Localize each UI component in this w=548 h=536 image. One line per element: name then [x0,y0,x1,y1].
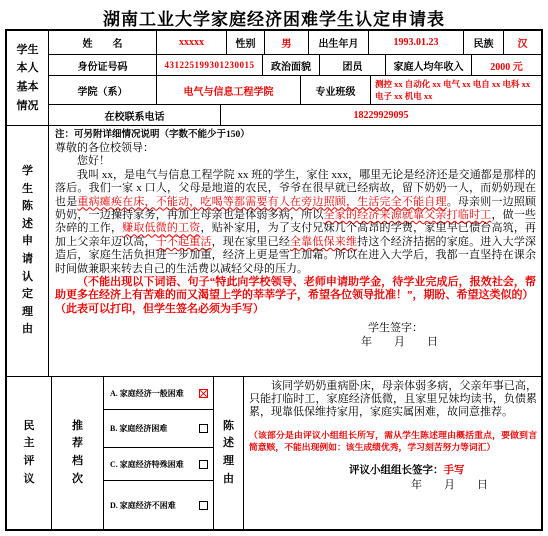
name-value: xxxxx [157,31,227,54]
leader-signature-date-line: 年 月 日 [249,478,537,493]
application-form-page: 湖南工业大学家庭经济困难学生认定申请表 学生本人基本情况 姓 名 xxxxx 性… [0,0,548,536]
option-b-difficulty: B. 家庭经济困难 [104,410,213,448]
income-label: 家庭人均年收入 [386,55,472,75]
statement-greeting: 您好！ [55,155,536,168]
birth-label: 出生年月 [309,31,369,54]
ethnicity-label: 民族 [464,31,504,54]
form-table: 学生本人基本情况 姓 名 xxxxx 性别 男 出生年月 1993.01.23 … [5,29,543,531]
statement-warning-1: （不能出现以下词语、句子“特此向学校领导、老师申请助学金，待学业完成后，报效社会… [55,276,536,303]
major-class-label: 专业班级 [301,76,371,104]
statement-section: 学生陈述申请认定理由 注：可另附详细情况说明（字数不能少于150） 尊敬的各位校… [7,126,541,377]
id-number-label: 身份证号码 [49,55,157,75]
basic-info-grid: 姓 名 xxxxx 性别 男 出生年月 1993.01.23 民族 汉 身份证号… [49,31,541,125]
option-c-special-difficulty: C. 家庭经济特殊困难 [104,448,213,481]
grade-options-list: A. 家庭经济一般困难 B. 家庭经济困难 C. 家庭经济特殊困难 D. 家庭经… [104,377,214,529]
statement-warning-2: （此表可以打印，但学生签名必须为手写） [55,303,536,316]
table-row: 在校联系电话 18229929095 [49,105,541,125]
income-value: 2000 元 [472,55,541,75]
ethnicity-value: 汉 [504,31,541,54]
statement-section-label-cell: 学生陈述申请认定理由 [7,126,49,376]
leader-signature-line: 评议小组组长签字：手写 [249,464,537,478]
basic-info-section-label-cell: 学生本人基本情况 [7,31,49,125]
grade-level-label: 推荐档次 [71,418,85,488]
gender-label: 性别 [227,31,265,54]
checkbox-option-c[interactable] [199,460,208,469]
checkbox-option-b[interactable] [199,424,208,433]
statement-body: 注：可另附详细情况说明（字数不能少于150） 尊敬的各位校领导： 您好！ 我叫 … [49,126,541,376]
review-section-label: 民主评议 [22,418,36,488]
option-a-general-difficulty: A. 家庭经济一般困难 [104,377,213,410]
political-status-value: 团员 [320,55,386,75]
reason-label-cell: 陈述理由 [214,377,244,529]
birth-value: 1993.01.23 [369,31,464,54]
table-row: 身份证号码 431225199301230015 政治面貌 团员 家庭人均年收入… [49,55,541,76]
checkbox-option-d[interactable] [199,501,208,510]
review-body: 该同学奶奶重病卧床，母亲体弱多病，父亲年事已高，只能打临时工，家庭经济低微，且家… [244,377,541,529]
college-value: 电气与信息工程学院 [157,76,301,104]
leader-signature-label: 评议小组组长签字： [349,465,444,476]
form-title: 湖南工业大学家庭经济困难学生认定申请表 [0,0,548,30]
id-number-value: 431225199301230015 [157,55,263,75]
student-signature-date-line: 年 月 日 [55,335,536,350]
statement-paragraph: 我叫 xx，是电气与信息工程学院 xx 班的学生，家住 xxx，哪里无论是经济还… [55,169,536,276]
phone-label: 在校联系电话 [49,105,221,125]
table-row: 姓 名 xxxxx 性别 男 出生年月 1993.01.23 民族 汉 [49,31,541,55]
statement-note: 注：可另附详细情况说明（字数不能少于150） [55,128,536,142]
gender-value: 男 [265,31,309,54]
review-reason-annotation: （该部分是由评议小组组长所写，需从学生陈述理由概括重点，要做到言简意赅，不能出现… [249,429,537,454]
basic-info-section: 学生本人基本情况 姓 名 xxxxx 性别 男 出生年月 1993.01.23 … [7,31,541,126]
major-class-value: 测控 xx 自动化 xx 电气 xx 电自 xx 电科 xx 电子 xx 机电 … [371,76,541,104]
checkbox-option-a[interactable] [199,389,208,398]
statement-salutation: 尊敬的各位校领导： [55,142,536,155]
leader-signature-value: 手写 [444,465,465,476]
option-b-label: B. 家庭经济困难 [110,423,167,434]
college-label: 学院（系） [49,76,157,104]
political-status-label: 政治面貌 [263,55,320,75]
phone-value: 18229929095 [221,105,541,125]
name-label: 姓 名 [49,31,157,54]
option-d-label: D. 家庭经济不困难 [110,500,176,511]
option-a-label: A. 家庭经济一般困难 [110,388,184,399]
reason-label: 陈述理由 [222,418,236,488]
review-section-label-cell: 民主评议 [7,377,52,529]
grade-level-label-cell: 推荐档次 [52,377,104,529]
statement-section-label: 学生陈述申请认定理由 [21,163,35,339]
table-row: 学院（系） 电气与信息工程学院 专业班级 测控 xx 自动化 xx 电气 xx … [49,76,541,105]
option-c-label: C. 家庭经济特殊困难 [110,459,184,470]
option-d-no-difficulty: D. 家庭经济不困难 [104,481,213,529]
student-signature-label: 学生签字： [55,321,536,335]
review-reason-text: 该同学奶奶重病卧床，母亲体弱多病，父亲年事已高，只能打临时工，家庭经济低微，且家… [249,380,537,420]
basic-info-section-label: 学生本人基本情况 [15,41,41,116]
review-section: 民主评议 推荐档次 A. 家庭经济一般困难 B. 家庭经济困难 C. 家庭经济特… [7,377,541,529]
